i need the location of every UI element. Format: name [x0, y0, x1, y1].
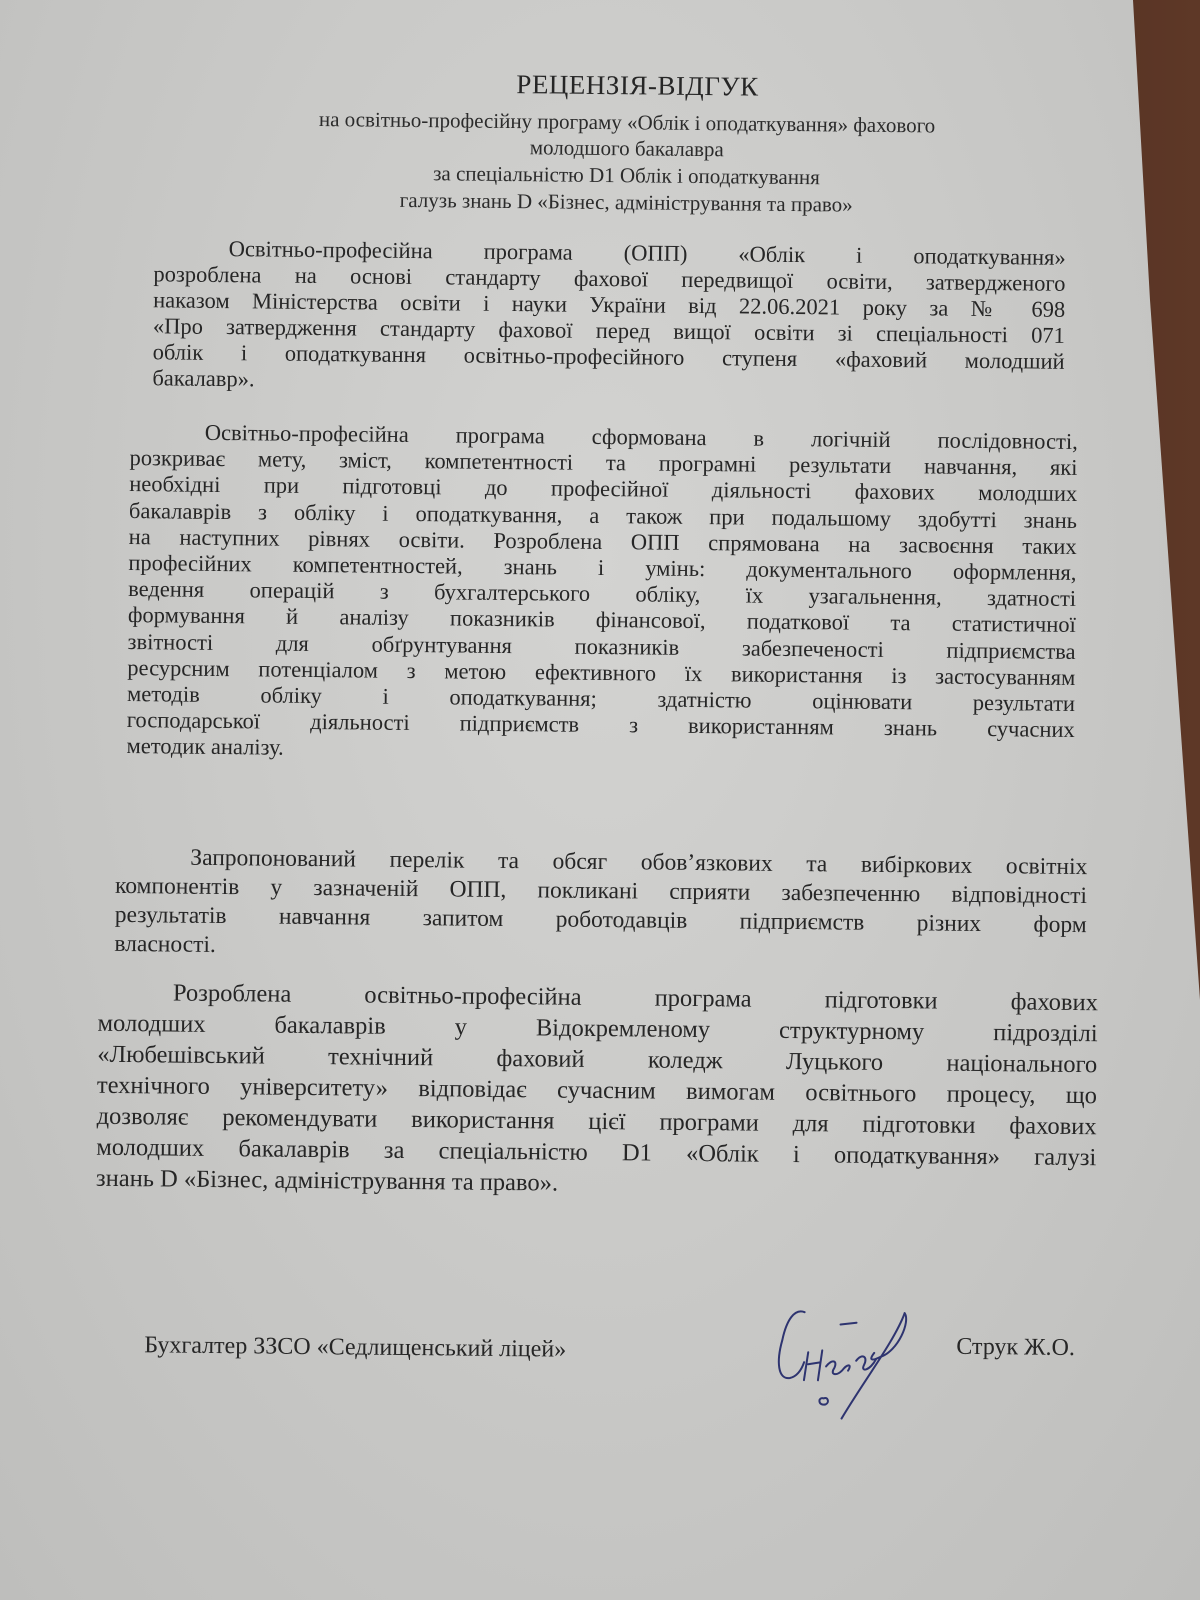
document-page: РЕЦЕНЗІЯ-ВІДГУК на освітньо-професійну п…: [0, 0, 1200, 1600]
paragraph-4: Розроблена освітньо-професійна програма …: [96, 977, 1098, 1204]
paragraph-1: Освітньо-професійна програма (ОПП) «Облі…: [152, 235, 1066, 401]
document-title: РЕЦЕНЗІЯ-ВІДГУК: [257, 66, 1017, 105]
signatory-role: Бухгалтер ЗЗСО «Седлищенський ліцей»: [144, 1332, 566, 1363]
handwritten-signature-icon: [764, 1300, 925, 1422]
paragraph-3: Запропонований перелік та обсяг обов’язк…: [114, 843, 1087, 969]
signatory-name: Струк Ж.О.: [956, 1334, 1075, 1362]
paragraph-2: Освітньо-професійна програма сформована …: [126, 419, 1078, 770]
